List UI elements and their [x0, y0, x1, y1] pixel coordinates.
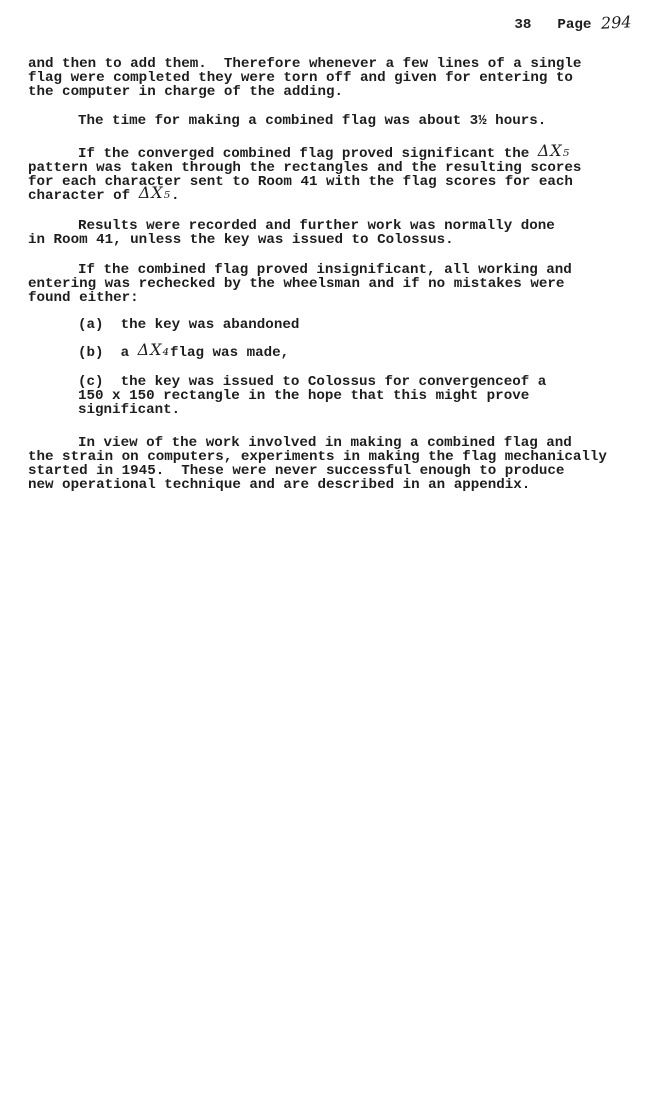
text-segment: character of [28, 188, 139, 204]
paragraph-results: Results were recorded and further work w… [28, 219, 555, 247]
text-segment: flag was made, [170, 345, 289, 361]
text-line: the strain on computers, experiments in … [28, 450, 607, 464]
document-page: 38Page294 and then to add them. Therefor… [0, 0, 650, 1098]
text-line: entering was rechecked by the wheelsman … [28, 277, 572, 291]
paragraph-adding: and then to add them. Therefore whenever… [28, 57, 581, 99]
text-line: the computer in charge of the adding. [28, 85, 581, 99]
text-line: (a) the key was abandoned [78, 318, 299, 332]
paragraph-experiments: In view of the work involved in making a… [28, 436, 607, 492]
list-item-c: (c) the key was issued to Colossus for c… [78, 375, 546, 417]
text-line: new operational technique and are descri… [28, 478, 607, 492]
text-line: In view of the work involved in making a… [28, 436, 607, 450]
paragraph-insignificant: If the combined flag proved insignifican… [28, 263, 572, 305]
paragraph-significant: If the converged combined flag proved si… [28, 147, 581, 203]
page-header: 38Page294 [0, 16, 632, 32]
text-segment: (b) a [78, 345, 138, 361]
handwritten-page-number: 294 [601, 15, 632, 31]
text-line: The time for making a combined flag was … [28, 114, 546, 128]
text-line: in Room 41, unless the key was issued to… [28, 233, 555, 247]
paragraph-time: The time for making a combined flag was … [28, 114, 546, 128]
text-line: 150 x 150 rectangle in the hope that thi… [78, 389, 546, 403]
text-line: (b) a ΔX₄flag was made, [78, 346, 289, 360]
text-line: character of ΔX₅. [28, 189, 581, 203]
list-item-b: (b) a ΔX₄flag was made, [78, 346, 289, 360]
text-segment: . [171, 188, 180, 204]
text-line: flag were completed they were torn off a… [28, 71, 581, 85]
text-line: found either: [28, 291, 572, 305]
text-line: pattern was taken through the rectangles… [28, 161, 581, 175]
text-line: If the combined flag proved insignifican… [28, 263, 572, 277]
text-line: for each character sent to Room 41 with … [28, 175, 581, 189]
sheet-number: 38 [514, 17, 531, 33]
text-line: and then to add them. Therefore whenever… [28, 57, 581, 71]
text-line: (c) the key was issued to Colossus for c… [78, 375, 546, 389]
text-line: Results were recorded and further work w… [28, 219, 555, 233]
text-line: significant. [78, 403, 546, 417]
text-line: If the converged combined flag proved si… [28, 147, 581, 161]
page-label: Page [557, 17, 591, 33]
list-item-a: (a) the key was abandoned [78, 318, 299, 332]
text-line: started in 1945. These were never succes… [28, 464, 607, 478]
